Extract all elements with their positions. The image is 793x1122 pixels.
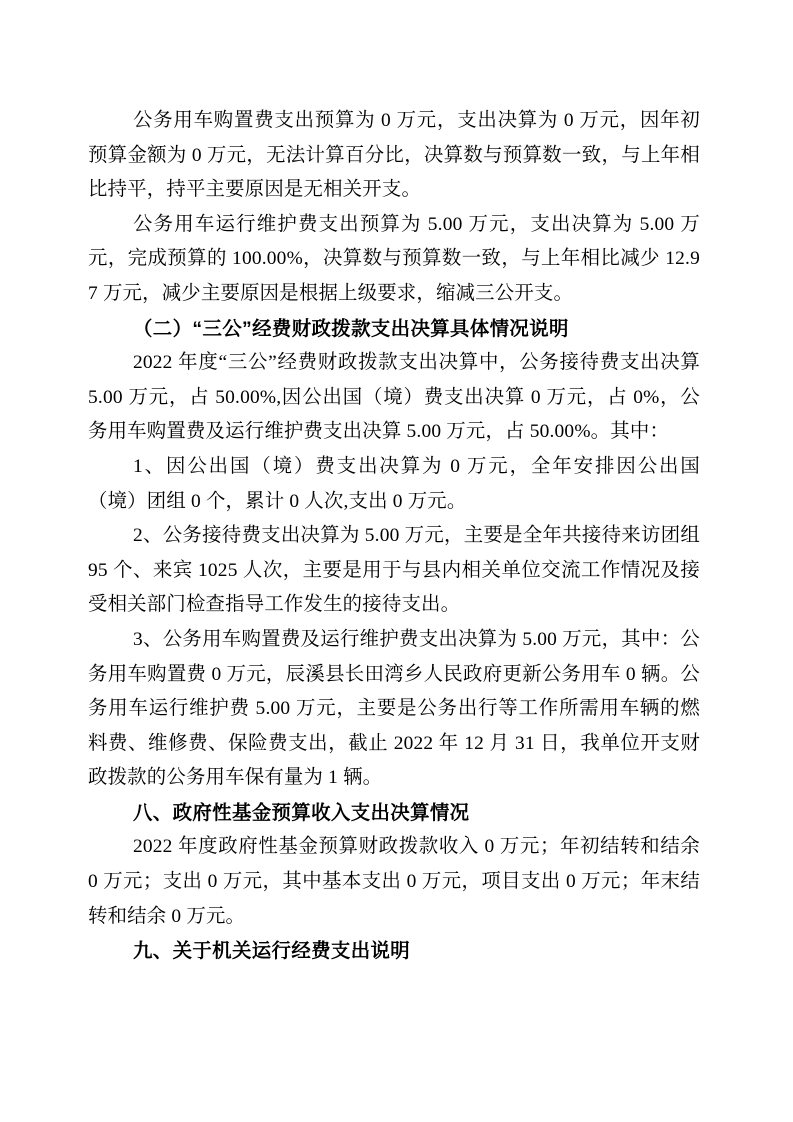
para-government-fund-budget: 2022 年度政府性基金预算财政拨款收入 0 万元；年初结转和结余 0 万元；支…: [88, 830, 700, 934]
document-page-background: { "page": { "background_color": "#ffffff…: [0, 0, 793, 1122]
heading-section-9-operating-expenses: 九、关于机关运行经费支出说明: [88, 934, 700, 969]
heading-section-2-three-public-expenses: （二）“三公”经费财政拨款支出决算具体情况说明: [88, 312, 700, 347]
document-page: 公务用车购置费支出预算为 0 万元，支出决算为 0 万元，因年初预算金额为 0 …: [0, 0, 793, 1122]
document-body: 公务用车购置费支出预算为 0 万元，支出决算为 0 万元，因年初预算金额为 0 …: [88, 104, 700, 969]
para-vehicle-maintenance-budget: 公务用车运行维护费支出预算为 5.00 万元，支出决算为 5.00 万元，完成预…: [88, 208, 700, 312]
heading-section-8-government-fund-budget: 八、政府性基金预算收入支出决算情况: [88, 796, 700, 831]
para-vehicle-purchase-budget: 公务用车购置费支出预算为 0 万元，支出决算为 0 万元，因年初预算金额为 0 …: [88, 104, 700, 208]
para-three-public-expenses-overview: 2022 年度“三公”经费财政拨款支出决算中，公务接待费支出决算 5.00 万元…: [88, 346, 700, 450]
para-item-2-official-reception: 2、公务接待费支出决算为 5.00 万元，主要是全年共接待来访团组 95 个、来…: [88, 519, 700, 623]
para-item-3-official-vehicles: 3、公务用车购置费及运行维护费支出决算为 5.00 万元，其中：公务用车购置费 …: [88, 623, 700, 796]
para-item-1-overseas-trips: 1、因公出国（境）费支出决算为 0 万元，全年安排因公出国（境）团组 0 个，累…: [88, 450, 700, 519]
